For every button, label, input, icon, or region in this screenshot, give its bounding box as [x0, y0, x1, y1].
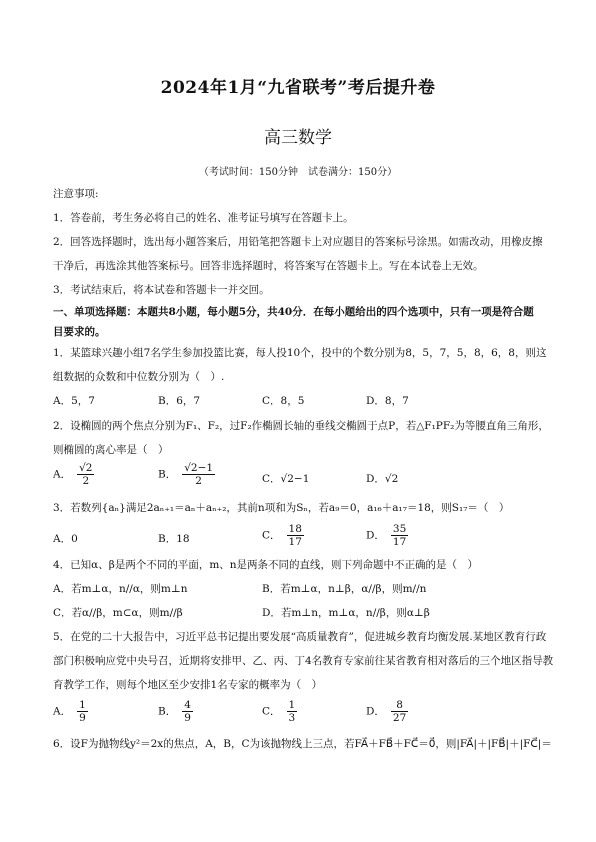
question-5-text: 5．在党的二十大报告中，习近平总书记提出要发展“高质量教育”，促进城乡教育均衡发… — [53, 630, 546, 644]
fraction: 1817 — [287, 523, 304, 548]
question-2-text: 则椭圆的离心率是（ ） — [53, 443, 169, 457]
fraction: 827 — [391, 699, 408, 724]
fraction: √2−12 — [182, 462, 215, 487]
exam-info: （考试时间：150分钟 试卷满分：150分） — [0, 163, 596, 178]
fraction: 13 — [287, 699, 298, 724]
question-5-option-c: C．13 — [262, 699, 297, 724]
section-heading: 一、单项选择题：本题共8小题，每小题5分，共40分．在每小题给出的四个选项中，只… — [53, 305, 534, 319]
question-4-option-b: B．若m⊥α，n⊥β，α//β，则m//n — [262, 582, 426, 596]
question-3-option-a: A．0 — [53, 532, 78, 546]
question-1-text: 1．某篮球兴趣小组7名学生参加投篮比赛，每人投10个，投中的个数分别为8，5，7… — [53, 346, 546, 360]
question-3-option-c: C．1817 — [262, 523, 304, 548]
question-1-option-b: B．6，7 — [158, 394, 200, 408]
question-4-text: 4．已知α、β是两个不同的平面，m、n是两条不同的直线，则下列命题中不正确的是（… — [53, 558, 478, 572]
note-item: 干净后，再选涂其他答案标号。回答非选择题时，将答案写在答题卡上。写在本试卷上无效… — [53, 259, 484, 273]
note-item: 3．考试结束后，将本试卷和答题卡一并交回。 — [53, 283, 270, 297]
question-5-option-a: A．19 — [53, 699, 88, 724]
question-4-option-a: A．若m⊥α，n//α，则m⊥n — [53, 582, 188, 596]
exam-title: 2024年1月“九省联考”考后提升卷 — [0, 73, 596, 98]
fraction: 19 — [77, 699, 88, 724]
question-2-option-b: B．√2−12 — [158, 462, 215, 487]
question-2-option-c: C．√2−1 — [262, 472, 309, 486]
question-5-text: 部门积极响应党中央号召，近期将安排甲、乙、丙、丁4名教育专家前往某省教育相对落后… — [53, 654, 553, 668]
note-item: 1．答卷前，考生务必将自己的姓名、准考证号填写在答题卡上。 — [53, 211, 354, 225]
note-item: 2．回答选择题时，选出每小题答案后，用铅笔把答题卡上对应题目的答案标号涂黑。如需… — [53, 235, 543, 249]
question-5-text: 育教学工作，则每个地区至少安排1名专家的概率为（ ） — [53, 678, 322, 692]
question-2-option-a: A．√22 — [53, 462, 94, 487]
question-1-option-d: D．8，7 — [366, 394, 409, 408]
question-5-option-d: D．827 — [366, 699, 408, 724]
fraction: 49 — [182, 699, 193, 724]
question-2-option-d: D．√2 — [366, 472, 398, 486]
question-3-option-d: D．3517 — [366, 523, 408, 548]
question-1-option-c: C．8，5 — [262, 394, 304, 408]
question-2-text: 2．设椭圆的两个焦点分别为F₁、F₂，过F₂作椭圆长轴的垂线交椭圆于点P，若△F… — [53, 419, 549, 433]
question-1-text: 组数据的众数和中位数分别为（ ）. — [53, 370, 224, 384]
question-3-text: 3．若数列{aₙ}满足2aₙ₊₁＝aₙ＋aₙ₊₂，其前n项和为Sₙ，若a₉＝0，… — [53, 501, 509, 515]
fraction: 3517 — [391, 523, 408, 548]
question-4-option-c: C．若α//β，m⊂α，则m//β — [53, 606, 183, 620]
question-6-text: 6．设F为抛物线y²＝2x的焦点，A，B，C为该抛物线上三点，若FA⃗＋FB⃗＋… — [53, 737, 552, 751]
notes-heading: 注意事项: — [53, 187, 99, 201]
question-4-option-d: D．若m⊥n，m⊥α，n//β，则α⊥β — [262, 606, 430, 620]
question-3-option-b: B．18 — [158, 532, 190, 546]
question-1-option-a: A．5，7 — [53, 394, 95, 408]
section-heading: 目要求的。 — [53, 325, 106, 339]
fraction: √22 — [77, 462, 94, 487]
question-5-option-b: B．49 — [158, 699, 193, 724]
exam-subtitle: 高三数学 — [0, 123, 596, 148]
